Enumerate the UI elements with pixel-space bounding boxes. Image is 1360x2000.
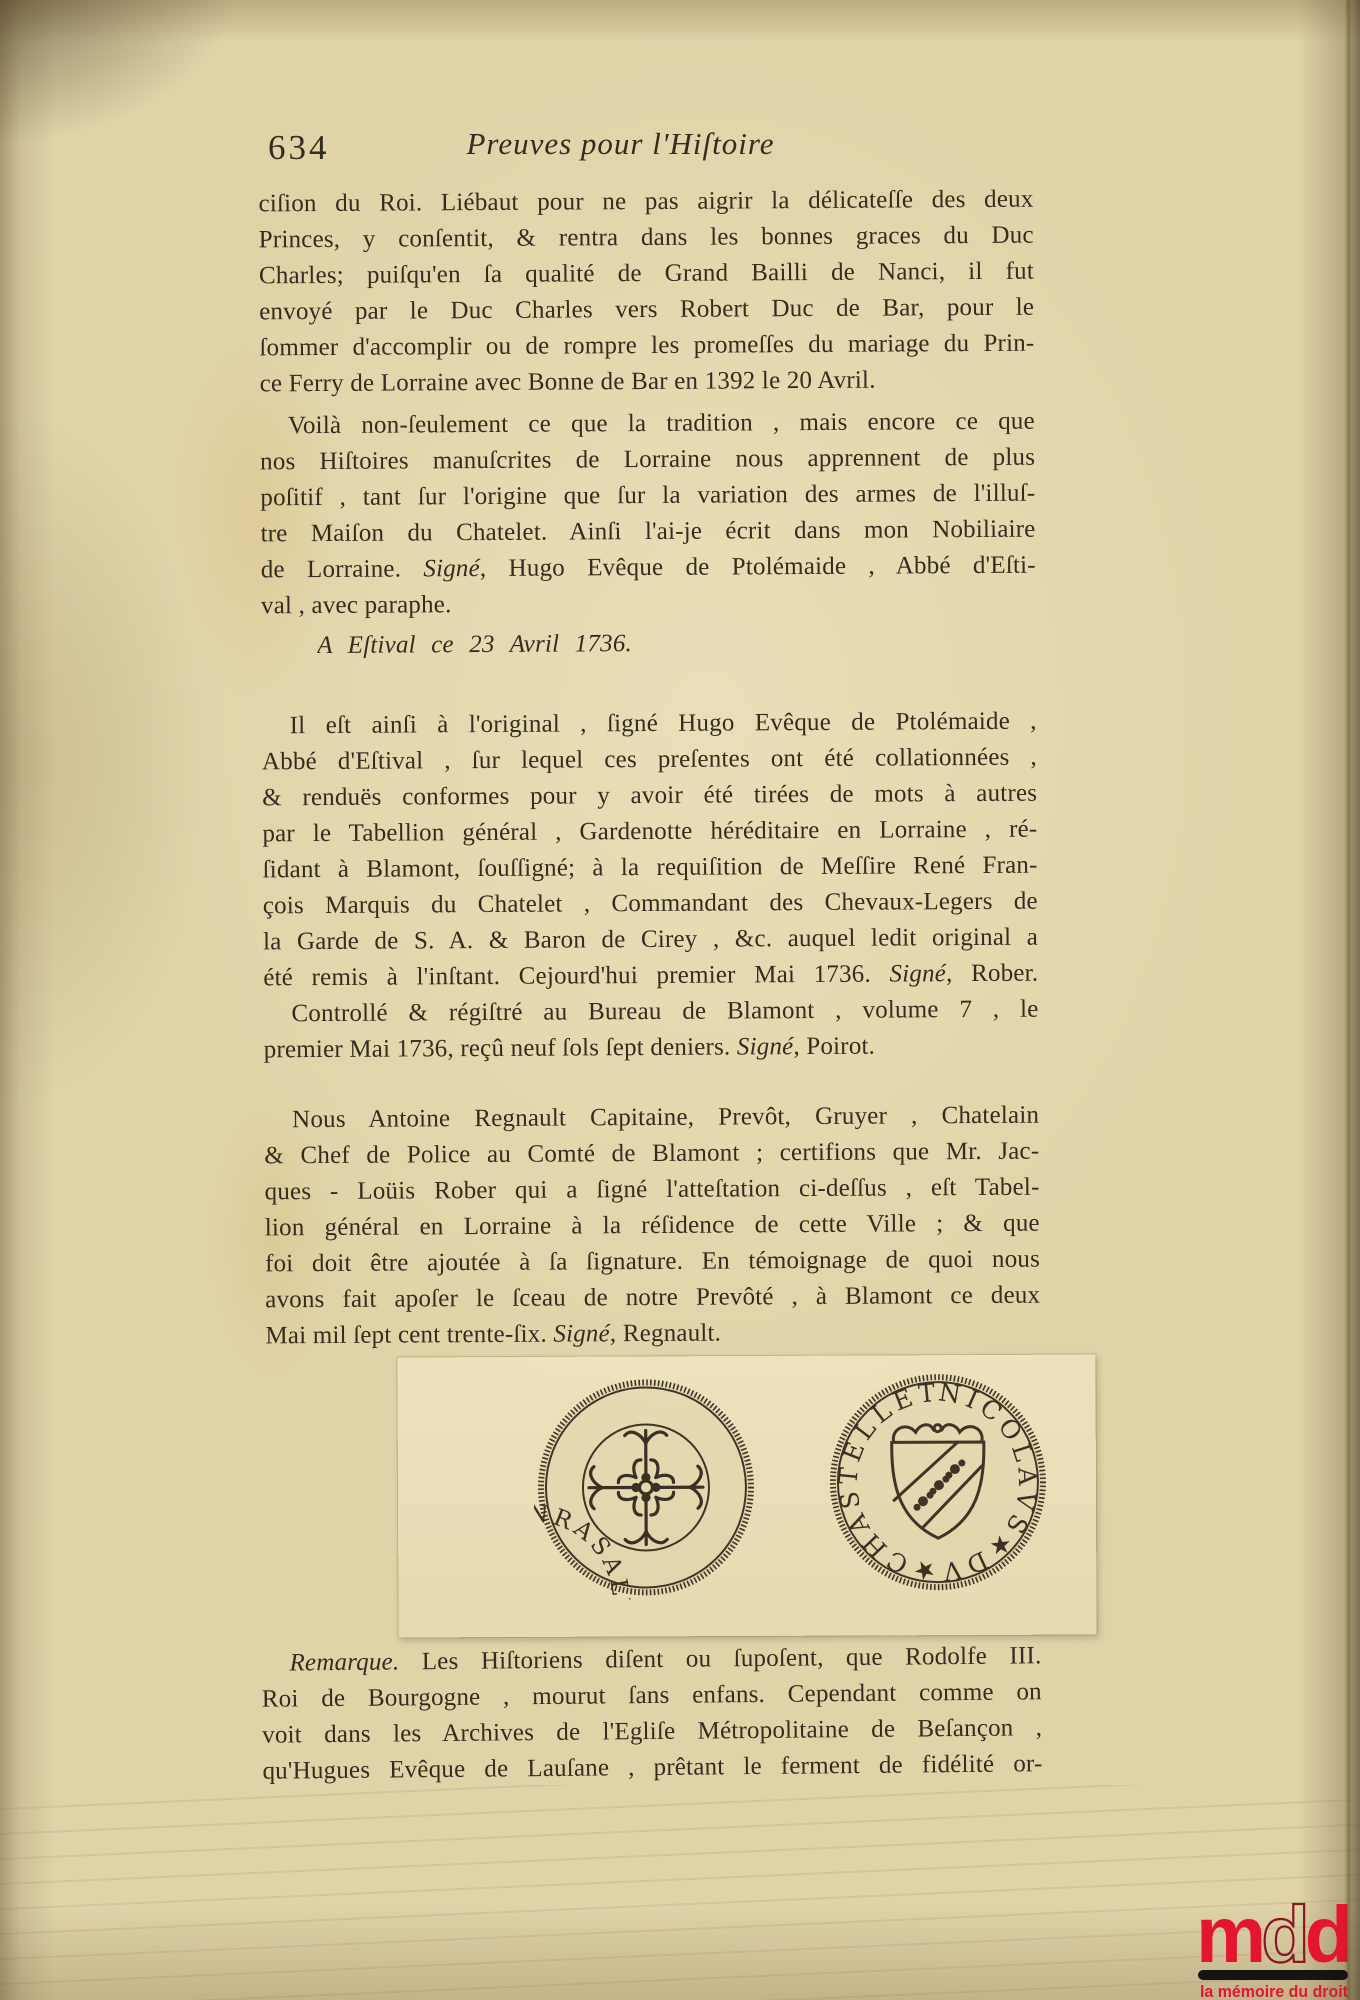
text-line: avons fait apoſer le ſceau de notre Prev… — [265, 1278, 1040, 1319]
page-header: 634 Preuves pour l'Hiſtoire — [262, 126, 1034, 172]
paragraph: Voilà non-ſeulement ce que la tradition … — [260, 404, 1036, 625]
logo-letter-d-outline: d — [1261, 1890, 1304, 1979]
logo-tagline: la mémoire du droit — [1200, 1982, 1348, 2000]
text-line: Abbé d'Eſtival , ſur lequel ces preſente… — [262, 740, 1037, 781]
text-line: ques - Loüis Rober qui a ſigné l'atteſta… — [264, 1170, 1039, 1211]
text-line: ciſion du Roi. Liébaut pour ne pas aigri… — [258, 182, 1033, 223]
text-line: Controllé & régiſtré au Bureau de Blamon… — [263, 992, 1038, 1033]
text-line: ſidant à Blamont, ſouſſigné; à la requiſ… — [263, 848, 1038, 889]
paragraph: ciſion du Roi. Liébaut pour ne pas aigri… — [258, 182, 1034, 403]
text-line: çois Marquis du Chatelet , Commandant de… — [263, 884, 1038, 925]
logo-letter-m: m — [1196, 1890, 1262, 1979]
book-page-scan: 634 Preuves pour l'Hiſtoire ciſion du Ro… — [0, 0, 1360, 2000]
remark-column: Remarque. Les Hiſtoriens diſent ou ſupoſ… — [261, 1638, 1042, 1789]
text-line: Il eſt ainſi à l'original , ſigné Hugo E… — [262, 704, 1037, 745]
dateline-paragraph: A Eſtival ce 23 Avril 1736. — [261, 624, 1036, 665]
paragraph: Il eſt ainſi à l'original , ſigné Hugo E… — [262, 704, 1039, 1069]
text-line: Princes, y conſentit, & rentra dans les … — [259, 218, 1034, 259]
mdd-watermark-logo: mdd la mémoire du droit — [1192, 1876, 1360, 2000]
text-line: Nous Antoine Regnault Capitaine, Prevôt,… — [264, 1098, 1039, 1139]
text-line: Charles; puiſqu'en ſa qualité de Grand B… — [259, 254, 1034, 295]
text-line: la Garde de S. A. & Baron de Cirey , &c.… — [263, 920, 1038, 961]
text-line: Mai mil ſept cent trente-ſix. Signé, Reg… — [265, 1314, 1040, 1355]
text-line: été remis à l'inſtant. Cejourd'hui premi… — [263, 956, 1038, 997]
coin-engraving-left: SALVS·1554✠PERTE·VENIT·NRA· — [533, 1375, 758, 1600]
svg-text:mdd: mdd — [1196, 1890, 1348, 1979]
running-title: Preuves pour l'Hiſtoire — [262, 126, 979, 162]
logo-underline — [1198, 1970, 1348, 1980]
text-line: & Chef de Police au Comté de Blamont ; c… — [264, 1134, 1039, 1175]
text-line: lion général en Lorraine à la réſidence … — [265, 1206, 1040, 1247]
text-line: Voilà non-ſeulement ce que la tradition … — [260, 404, 1035, 445]
paragraph: Remarque. Les Hiſtoriens diſent ou ſupoſ… — [261, 1638, 1042, 1789]
text-line: premier Mai 1736, reçû neuf ſols ſept de… — [264, 1028, 1039, 1069]
text-line: ſommer d'accomplir ou de rompre les prom… — [259, 326, 1034, 367]
text-column: ciſion du Roi. Liébaut pour ne pas aigri… — [258, 182, 1040, 1355]
text-line: tre Maiſon du Chatelet. Ainſi l'ai-je éc… — [260, 512, 1035, 553]
text-line: nos Hiſtoires manuſcrites de Lorraine no… — [260, 440, 1035, 481]
coin-slip: SALVS·1554✠PERTE·VENIT·NRA· — [397, 1354, 1096, 1637]
text-line: foi doit être ajoutée à ſa ſignature. En… — [265, 1242, 1040, 1283]
coin-engraving-right: NICOLAVS★DV★CHASTELLET✠ — [825, 1370, 1050, 1595]
text-line: qu'Hugues Evêque de Lauſane , prêtant le… — [262, 1746, 1042, 1789]
text-line: ce Ferry de Lorraine avec Bonne de Bar e… — [260, 362, 1035, 403]
text-line: val , avec paraphe. — [261, 584, 1036, 625]
paragraph: Nous Antoine Regnault Capitaine, Prevôt,… — [264, 1098, 1041, 1355]
text-line: de Lorraine. Signé, Hugo Evêque de Ptolé… — [261, 548, 1036, 589]
text-line: A Eſtival ce 23 Avril 1736. — [317, 624, 1036, 664]
text-line: envoyé par le Duc Charles vers Robert Du… — [259, 290, 1034, 331]
text-line: poſitif , tant ſur l'origine que ſur la … — [260, 476, 1035, 517]
text-line: par le Tabellion général , Gardenotte hé… — [262, 812, 1037, 853]
logo-letter-d: d — [1305, 1890, 1348, 1979]
text-line: & renduës conformes pour y avoir été tir… — [262, 776, 1037, 817]
